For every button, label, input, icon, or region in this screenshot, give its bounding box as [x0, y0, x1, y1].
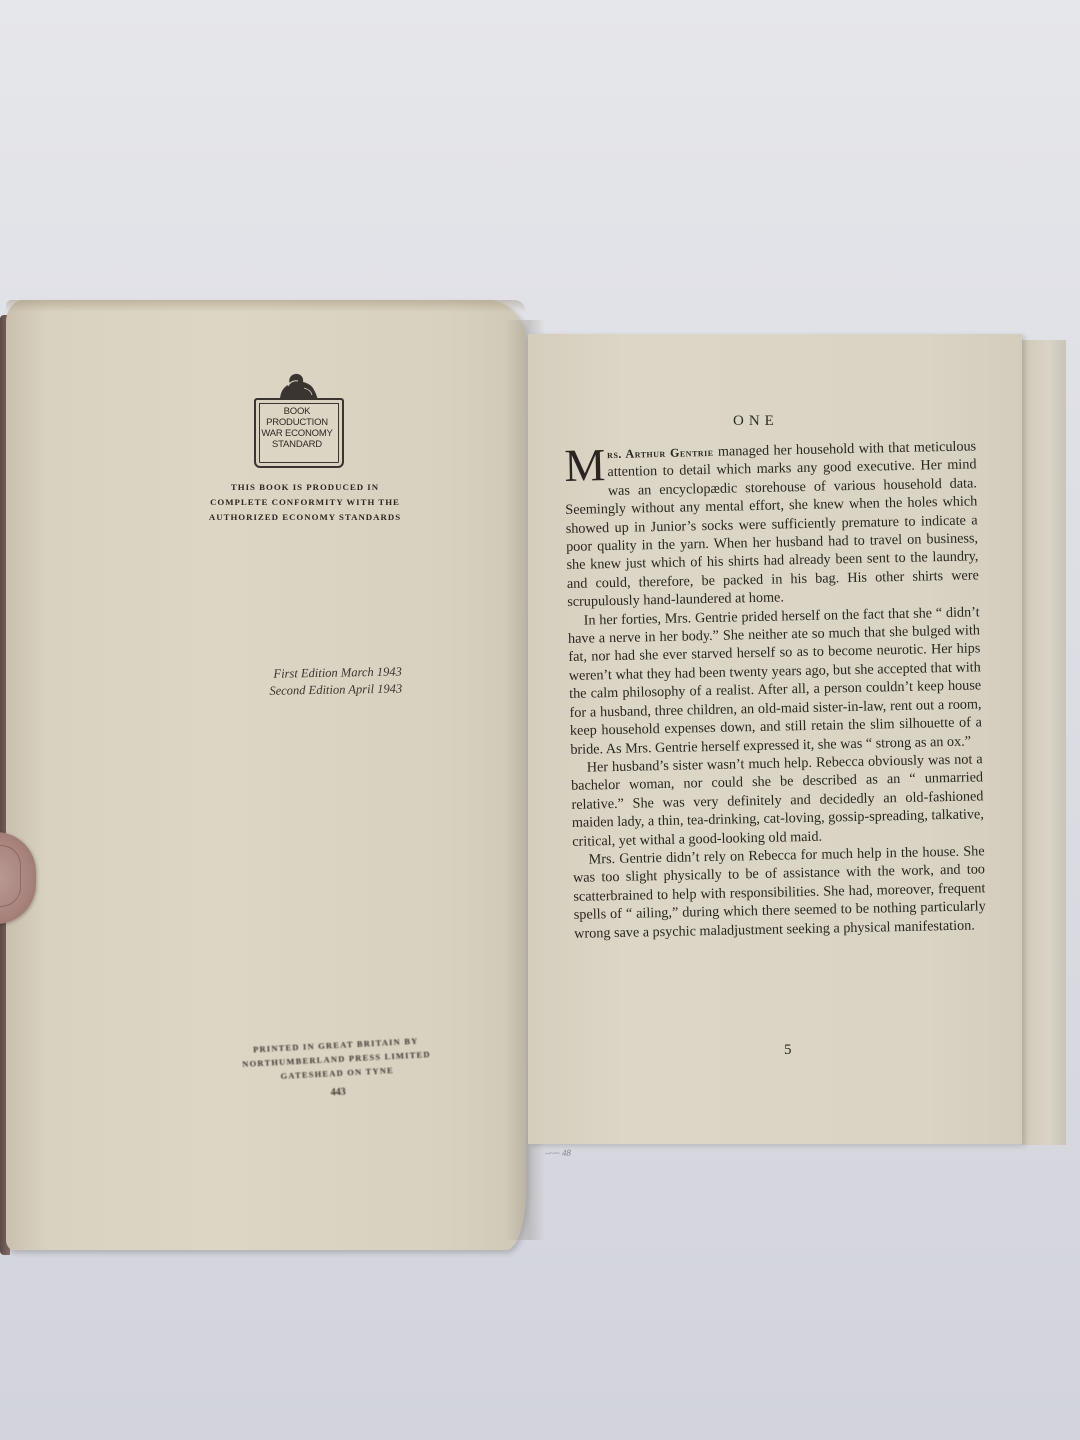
- paragraph: Her husband’s sister wasn’t much help. R…: [571, 750, 985, 851]
- page-number: 5: [784, 1042, 792, 1059]
- war-economy-logo: BOOK PRODUCTION WAR ECONOMY STANDARD: [254, 372, 340, 464]
- conformity-notice: THIS BOOK IS PRODUCED IN COMPLETE CONFOR…: [200, 480, 410, 525]
- edition-history: First Edition March 1943 Second Edition …: [232, 664, 403, 701]
- photo-scene: BOOK PRODUCTION WAR ECONOMY STANDARD THI…: [0, 0, 1080, 1440]
- paragraph: Mrs. Arthur Gentrie managed her househol…: [564, 437, 979, 611]
- thumbnail-edge: [0, 845, 21, 907]
- paragraph: Mrs. Gentrie didn’t rely on Rebecca for …: [572, 842, 986, 943]
- logo-text: BOOK PRODUCTION WAR ECONOMY STANDARD: [258, 406, 336, 450]
- chapter-body: Mrs. Arthur Gentrie managed her househol…: [564, 437, 986, 942]
- opening-smallcaps: rs. Arthur Gentrie: [607, 445, 714, 461]
- second-edition: Second Edition April 1943: [232, 681, 402, 701]
- pencil-annotation: ~~~ 48: [545, 1148, 571, 1159]
- paragraph: In her forties, Mrs. Gentrie prided hers…: [567, 603, 982, 759]
- drop-cap: M: [564, 447, 606, 484]
- page-block-edge: [1022, 340, 1066, 1145]
- printer-imprint: PRINTED IN GREAT BRITAIN BY NORTHUMBERLA…: [231, 1033, 444, 1106]
- chapter-title: ONE: [733, 413, 779, 430]
